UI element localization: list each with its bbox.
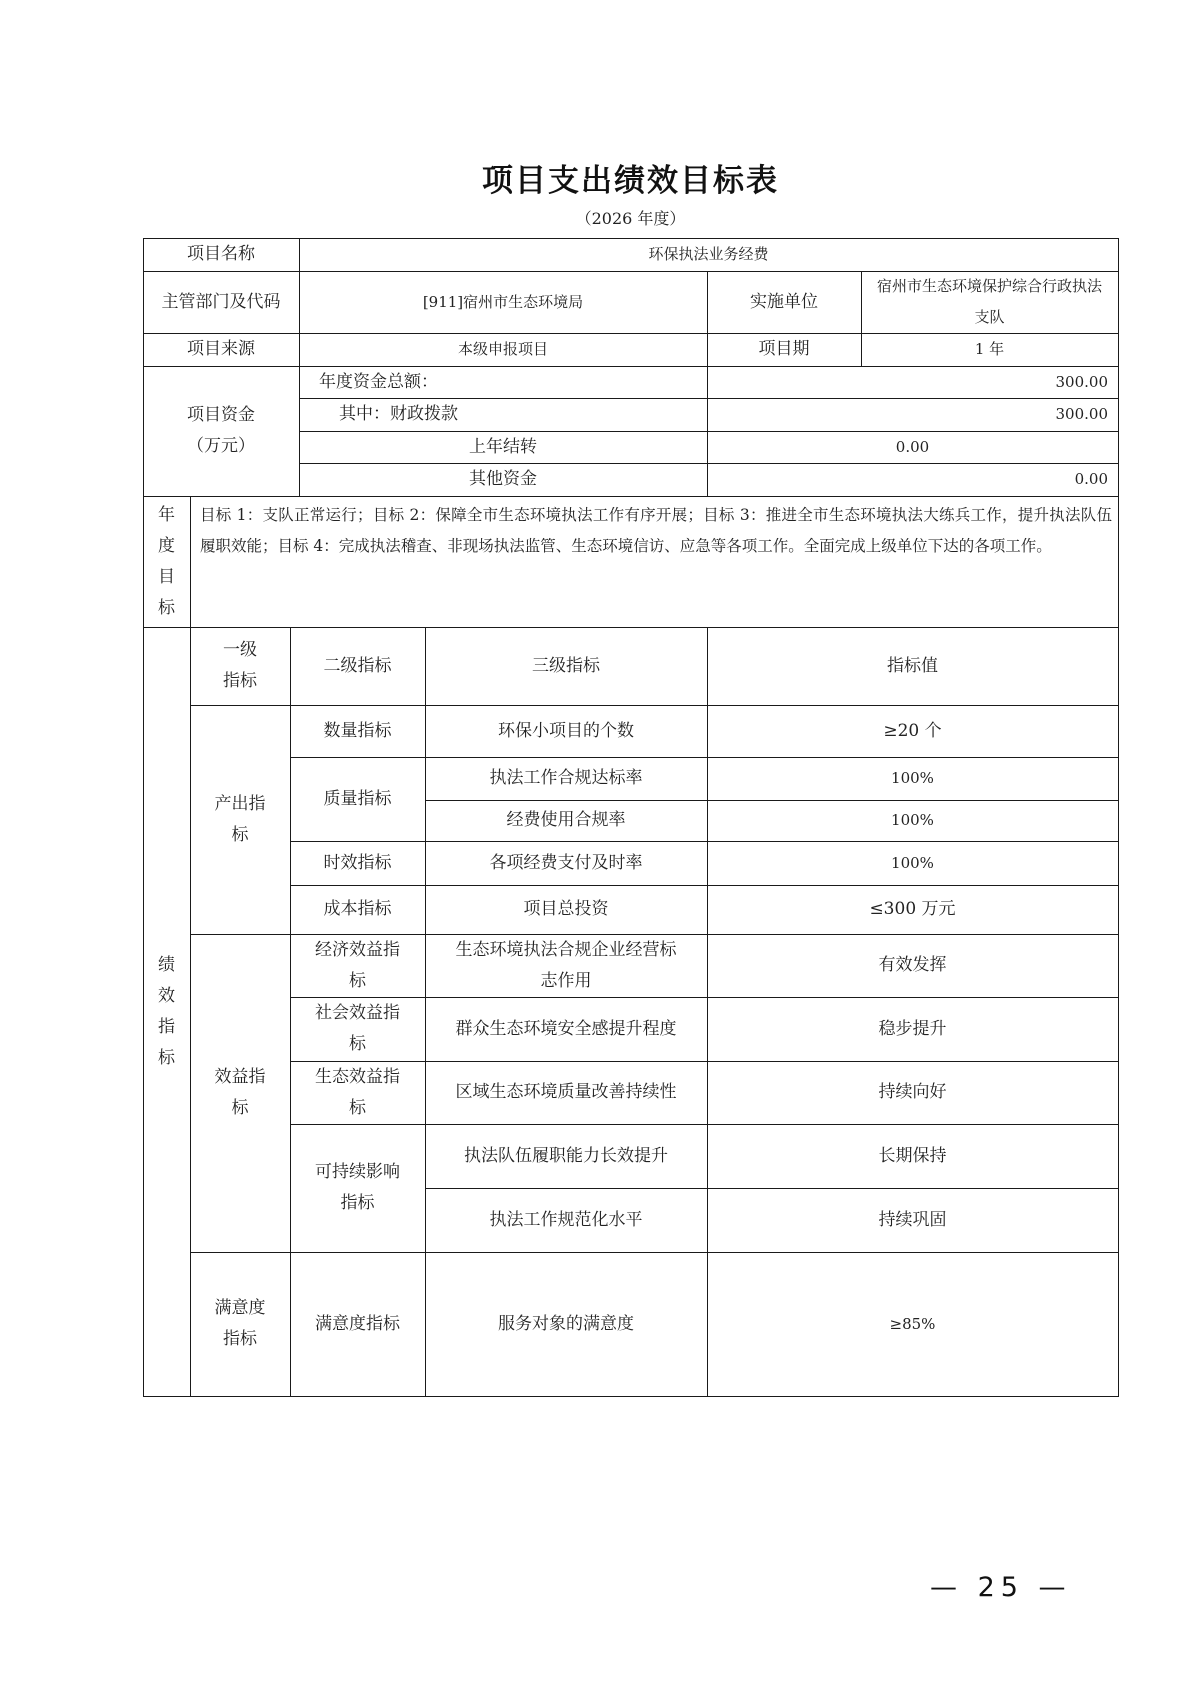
level3-item: 项目总投资 [425, 885, 707, 934]
level2-line: 经济效益指 [315, 935, 400, 966]
level2-line: 社会效益指 [315, 998, 400, 1029]
indicator-value: 持续巩固 [707, 1188, 1118, 1252]
level3-item: 区域生态环境质量改善持续性 [425, 1061, 707, 1124]
annual-goals-label-char: 标 [158, 593, 175, 624]
level3-item: 群众生态环境安全感提升程度 [425, 997, 707, 1061]
level1-line: 标 [232, 820, 249, 851]
level2-line: 标 [349, 1093, 366, 1124]
level2-cost: 成本指标 [290, 885, 425, 934]
header-level3: 三级指标 [425, 627, 707, 705]
period-label: 项目期 [707, 333, 861, 366]
indicator-value: ≤300 万元 [707, 885, 1118, 934]
header-level1-line: 指标 [223, 666, 257, 697]
level2-line: 指标 [341, 1188, 375, 1219]
indicator-value: 长期保持 [707, 1124, 1118, 1188]
level1-benefit: 效益指 标 [190, 934, 290, 1252]
header-level1: 一级 指标 [190, 627, 290, 705]
level2-quality: 质量指标 [290, 757, 425, 841]
department-label: 主管部门及代码 [143, 271, 299, 333]
level2-quantity: 数量指标 [290, 705, 425, 757]
level2-social: 社会效益指 标 [290, 997, 425, 1061]
level3-item: 经费使用合规率 [425, 800, 707, 841]
department-value: [911]宿州市生态环境局 [299, 271, 707, 333]
level2-economic: 经济效益指 标 [290, 934, 425, 997]
funding-total-label: 年度资金总额： [299, 366, 707, 398]
funding-fiscal-label: 其中：财政拨款 [299, 398, 707, 431]
indicators-label-char: 标 [158, 1043, 175, 1074]
level2-satisfaction: 满意度指标 [290, 1252, 425, 1396]
level3-item: 生态环境执法合规企业经营标 志作用 [425, 934, 707, 997]
indicator-value: 100% [707, 757, 1118, 800]
level1-line: 指标 [223, 1324, 257, 1355]
annual-goals-label-char: 年 [158, 500, 175, 531]
funding-carryover-value: 0.00 [707, 431, 1118, 463]
funding-carryover-label: 上年结转 [299, 431, 707, 463]
level1-line: 满意度 [215, 1293, 266, 1324]
level3-item: 执法工作规范化水平 [425, 1188, 707, 1252]
indicator-value: 有效发挥 [707, 934, 1118, 997]
level1-line: 标 [232, 1093, 249, 1124]
level1-output: 产出指 标 [190, 705, 290, 934]
level3-item: 服务对象的满意度 [425, 1252, 707, 1396]
level2-line: 生态效益指 [315, 1062, 400, 1093]
level3-item: 环保小项目的个数 [425, 705, 707, 757]
level3-line: 生态环境执法合规企业经营标 [456, 935, 677, 966]
level1-line: 效益指 [215, 1062, 266, 1093]
indicator-value: 100% [707, 841, 1118, 885]
period-value: 1 年 [861, 333, 1118, 366]
annual-goals-label-char: 度 [158, 531, 175, 562]
row-divider [143, 496, 1119, 497]
funding-other-label: 其他资金 [299, 463, 707, 496]
indicators-section-label: 绩 效 指 标 [143, 627, 190, 1396]
document-subtitle: （2026 年度） [0, 206, 1190, 229]
level3-item: 执法队伍履职能力长效提升 [425, 1124, 707, 1188]
level1-line: 产出指 [215, 789, 266, 820]
document-title: 项目支出绩效目标表 [0, 155, 1190, 200]
level3-line: 志作用 [541, 966, 592, 997]
source-value: 本级申报项目 [299, 333, 707, 366]
funding-label-line1: 项目资金 [187, 400, 255, 431]
annual-goals-text: 目标 1：支队正常运行；目标 2：保障全市生态环境执法工作有序开展；目标 3：推… [200, 500, 1112, 562]
indicators-label-char: 指 [158, 1012, 175, 1043]
implementer-label: 实施单位 [707, 271, 861, 333]
annual-goals-label-char: 目 [158, 562, 175, 593]
funding-fiscal-value: 300.00 [707, 398, 1118, 431]
indicator-value: 持续向好 [707, 1061, 1118, 1124]
page-number: — 25 — [930, 1572, 1072, 1603]
indicator-value: ≥20 个 [707, 705, 1118, 757]
indicator-value: ≥85% [707, 1252, 1118, 1396]
level2-sustainable: 可持续影响 指标 [290, 1124, 425, 1252]
indicators-label-char: 效 [158, 981, 175, 1012]
level2-line: 可持续影响 [315, 1157, 400, 1188]
funding-total-value: 300.00 [707, 366, 1118, 398]
table-border-right [1118, 238, 1119, 1397]
implementer-value: 宿州市生态环境保护综合行政执法支队 [861, 271, 1118, 333]
funding-label-line2: （万元） [187, 431, 255, 462]
source-label: 项目来源 [143, 333, 299, 366]
indicators-label-char: 绩 [158, 950, 175, 981]
level2-timeliness: 时效指标 [290, 841, 425, 885]
project-name-value: 环保执法业务经费 [299, 238, 1118, 271]
header-value: 指标值 [707, 627, 1118, 705]
level2-line: 标 [349, 1029, 366, 1060]
indicator-value: 稳步提升 [707, 997, 1118, 1061]
level2-ecological: 生态效益指 标 [290, 1061, 425, 1124]
funding-other-value: 0.00 [707, 463, 1118, 496]
header-level2: 二级指标 [290, 627, 425, 705]
project-name-label: 项目名称 [143, 238, 299, 271]
indicator-value: 100% [707, 800, 1118, 841]
level1-satisfaction: 满意度 指标 [190, 1252, 290, 1396]
level3-item: 执法工作合规达标率 [425, 757, 707, 800]
funding-label: 项目资金 （万元） [143, 366, 299, 496]
level3-item: 各项经费支付及时率 [425, 841, 707, 885]
header-level1-line: 一级 [223, 635, 257, 666]
level2-line: 标 [349, 966, 366, 997]
annual-goals-label: 年 度 目 标 [143, 496, 190, 627]
